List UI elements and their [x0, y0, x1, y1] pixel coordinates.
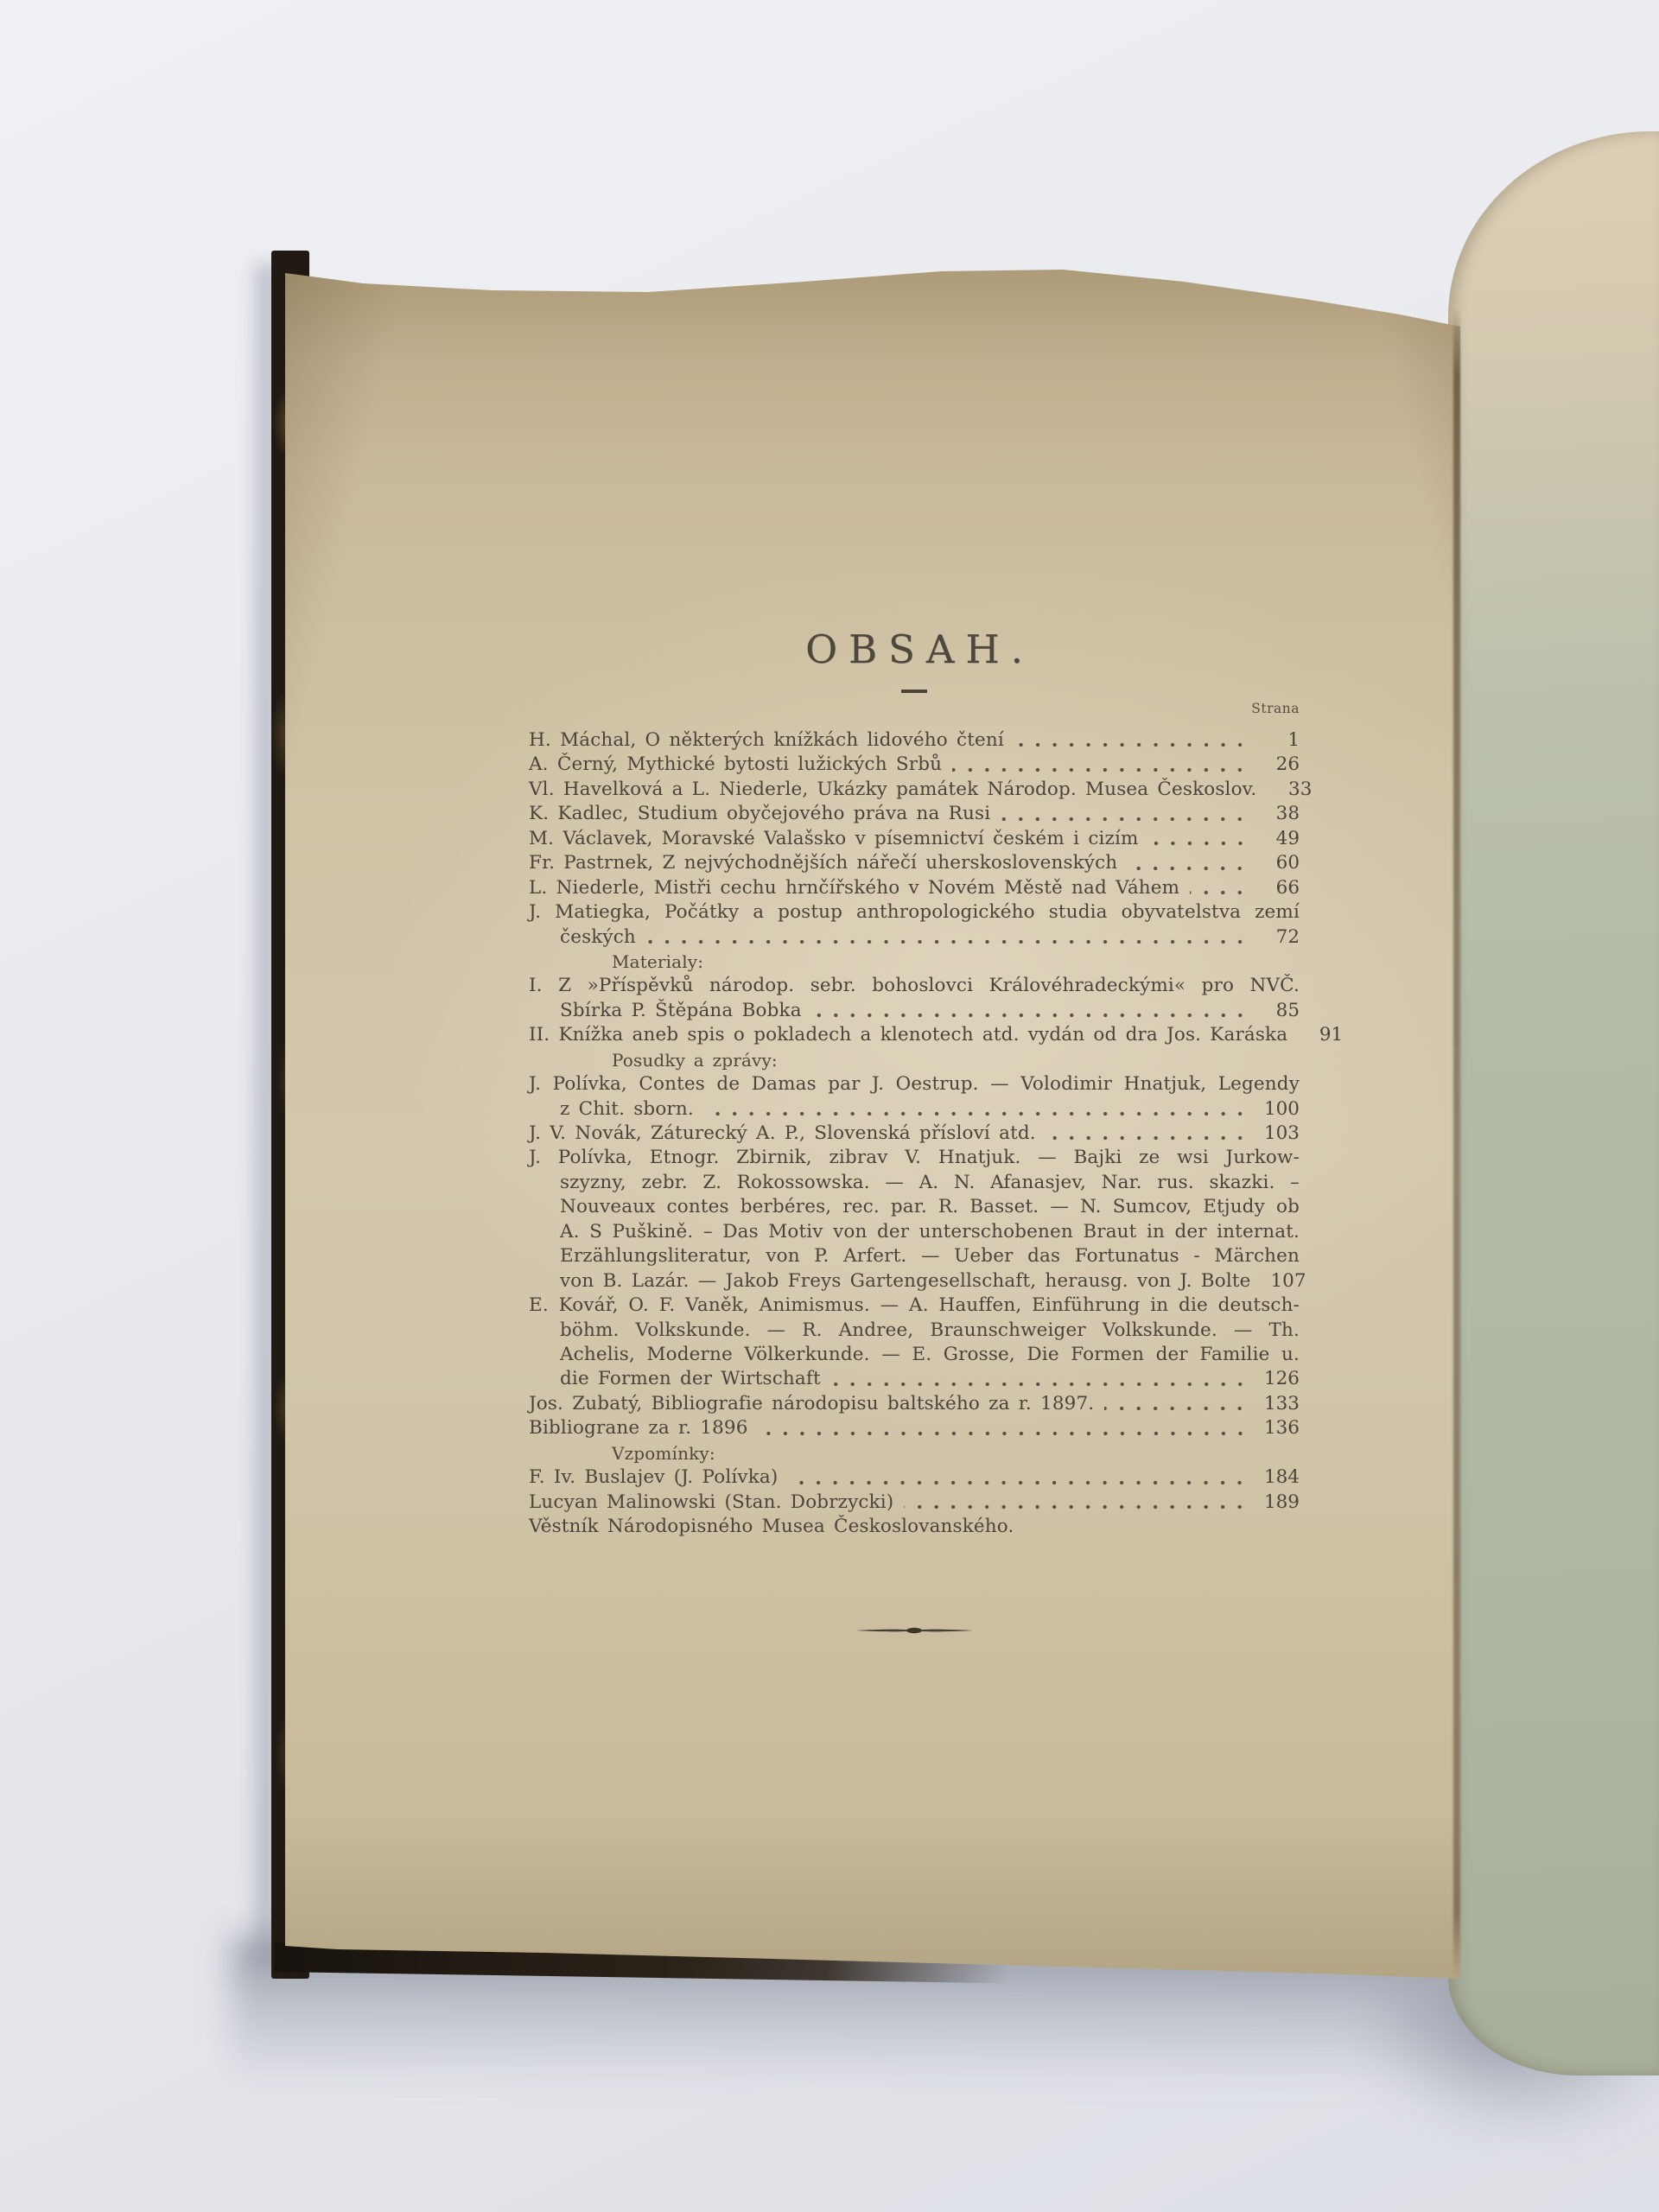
- toc-row: H. Máchal, O některých knížkách lidového…: [529, 728, 1300, 753]
- toc-content: OBSAH. Strana H. Máchal, O některých kní…: [529, 629, 1300, 1636]
- toc-row: J. Polívka, Contes de Damas par J. Oestr…: [529, 1072, 1300, 1096]
- toc-page-number: 1: [1262, 728, 1300, 753]
- toc-entry-text: Posudky a zprávy:: [612, 1050, 778, 1071]
- toc-entry-text: Nouveaux contes berbéres, rec. par. R. B…: [560, 1196, 1300, 1217]
- toc-page-number: 85: [1262, 999, 1300, 1023]
- toc-entry-text: E. Kovář, O. F. Vaněk, Animismus. — A. H…: [529, 1294, 1300, 1316]
- toc-page-number: 100: [1262, 1097, 1300, 1122]
- toc-row: Vl. Havelková a L. Niederle, Ukázky pamá…: [529, 778, 1300, 802]
- toc-row: K. Kadlec, Studium obyčejového práva na …: [529, 802, 1300, 826]
- toc-page-number: 133: [1262, 1392, 1300, 1416]
- dot-leader: [904, 1503, 1255, 1510]
- toc-entry-text: J. Polívka, Contes de Damas par J. Oestr…: [529, 1073, 1300, 1095]
- dot-leader: [759, 1430, 1255, 1437]
- toc-row: Erzählungsliteratur, von P. Arfert. — Ue…: [529, 1244, 1300, 1268]
- toc-entry-text: H. Máchal, O některých knížkách lidového…: [529, 728, 1004, 753]
- toc-row: českých72: [529, 925, 1300, 950]
- toc-row: Věstník Národopisného Musea Českoslovans…: [529, 1515, 1300, 1539]
- toc-page-number: 126: [1262, 1367, 1300, 1391]
- toc-list: H. Máchal, O některých knížkách lidového…: [529, 728, 1300, 1539]
- toc-row: L. Niederle, Mistři cechu hrnčířského v …: [529, 876, 1300, 900]
- toc-row: szyzny, zebr. Z. Rokossowska. — A. N. Af…: [529, 1171, 1300, 1195]
- toc-page-number: 107: [1268, 1269, 1306, 1294]
- dot-leader: [1046, 1135, 1255, 1141]
- toc-entry-text: K. Kadlec, Studium obyčejového práva na …: [529, 802, 990, 826]
- toc-entry-text: Materialy:: [612, 951, 703, 972]
- toc-row: F. Iv. Buslajev (J. Polívka)184: [529, 1465, 1300, 1490]
- toc-entry-text: Věstník Národopisného Musea Českoslovans…: [529, 1516, 1014, 1537]
- toc-entry-text: szyzny, zebr. Z. Rokossowska. — A. N. Af…: [560, 1172, 1300, 1193]
- toc-page-number: 60: [1262, 851, 1300, 875]
- toc-row: Achelis, Moderne Völkerkunde. — E. Gross…: [529, 1343, 1300, 1367]
- toc-entry-text: böhm. Volkskunde. — R. Andree, Braunschw…: [560, 1319, 1300, 1341]
- toc-row: Sbírka P. Štěpána Bobka85: [529, 999, 1300, 1023]
- toc-page-number: 33: [1274, 778, 1312, 802]
- toc-section-heading: Materialy:: [529, 950, 1300, 974]
- toc-row: die Formen der Wirtschaft126: [529, 1367, 1300, 1391]
- toc-entry-text: J. V. Novák, Záturecký A. P., Slovenská …: [529, 1122, 1036, 1146]
- dot-leader: [831, 1381, 1255, 1388]
- toc-entry-text: I. Z »Příspěvků národop. sebr. bohoslovc…: [529, 975, 1300, 996]
- toc-entry-text: Bibliograne za r. 1896: [529, 1416, 748, 1440]
- title-rule: [901, 690, 927, 693]
- toc-page-number: 189: [1262, 1491, 1300, 1515]
- toc-entry-text: M. Václavek, Moravské Valašsko v písemni…: [529, 827, 1139, 851]
- toc-row: J. Matiegka, Počátky a postup anthropolo…: [529, 900, 1300, 925]
- toc-entry-text: A. S Puškině. – Das Motiv von der unters…: [560, 1221, 1300, 1243]
- toc-entry-text: Achelis, Moderne Völkerkunde. — E. Gross…: [560, 1344, 1300, 1365]
- toc-entry-text: II. Knížka aneb spis o pokladech a kleno…: [529, 1023, 1287, 1047]
- toc-row: Fr. Pastrnek, Z nejvýchodnějších nářečí …: [529, 851, 1300, 875]
- toc-page-number: 72: [1262, 925, 1300, 950]
- toc-page-number: 38: [1262, 802, 1300, 826]
- toc-page-number: 66: [1262, 876, 1300, 900]
- toc-entry-text: Vzpomínky:: [612, 1443, 715, 1464]
- toc-row: Jos. Zubatý, Bibliografie národopisu bal…: [529, 1392, 1300, 1416]
- toc-section-heading: Posudky a zprávy:: [529, 1048, 1300, 1072]
- toc-entry-text: A. Černý, Mythické bytosti lužických Srb…: [529, 753, 942, 777]
- toc-entry-text: z Chit. sborn.: [560, 1097, 694, 1122]
- toc-entry-text: F. Iv. Buslajev (J. Polívka): [529, 1465, 778, 1490]
- toc-entry-text: Vl. Havelková a L. Niederle, Ukázky pamá…: [529, 778, 1256, 802]
- toc-entry-text: Lucyan Malinowski (Stan. Dobrzycki): [529, 1491, 893, 1515]
- dot-leader: [952, 766, 1255, 773]
- toc-row: A. S Puškině. – Das Motiv von der unters…: [529, 1220, 1300, 1244]
- toc-row: J. Polívka, Etnogr. Zbirnik, zibrav V. H…: [529, 1146, 1300, 1170]
- toc-row: M. Václavek, Moravské Valašsko v písemni…: [529, 827, 1300, 851]
- toc-entry-text: Fr. Pastrnek, Z nejvýchodnějších nářečí …: [529, 851, 1117, 875]
- book-photo: OBSAH. Strana H. Máchal, O některých kní…: [0, 0, 1659, 2212]
- toc-row: J. V. Novák, Záturecký A. P., Slovenská …: [529, 1122, 1300, 1146]
- toc-row: II. Knížka aneb spis o pokladech a kleno…: [529, 1023, 1300, 1047]
- dot-leader: [1001, 816, 1255, 823]
- dot-leader: [1014, 741, 1255, 748]
- page-stack-right: [1448, 131, 1659, 2075]
- toc-page-number: 103: [1262, 1122, 1300, 1146]
- toc-entry-text: die Formen der Wirtschaft: [560, 1367, 821, 1391]
- dot-leader: [1128, 865, 1255, 872]
- toc-entry-text: von B. Lazár. — Jakob Freys Gartengesell…: [560, 1269, 1251, 1294]
- toc-row: Nouveaux contes berbéres, rec. par. R. B…: [529, 1195, 1300, 1219]
- toc-section-heading: Vzpomínky:: [529, 1441, 1300, 1465]
- dot-leader: [788, 1479, 1255, 1486]
- dot-leader: [1149, 840, 1255, 847]
- toc-row: A. Černý, Mythické bytosti lužických Srb…: [529, 753, 1300, 777]
- page-column-header: Strana: [529, 701, 1300, 716]
- toc-page-number: 49: [1262, 827, 1300, 851]
- toc-entry-text: českých: [560, 925, 636, 950]
- toc-entry-text: J. Polívka, Etnogr. Zbirnik, zibrav V. H…: [529, 1147, 1300, 1168]
- toc-entry-text: L. Niederle, Mistři cechu hrnčířského v …: [529, 876, 1179, 900]
- toc-page-number: 26: [1262, 753, 1300, 777]
- toc-row: von B. Lazár. — Jakob Freys Gartengesell…: [529, 1269, 1300, 1294]
- toc-row: z Chit. sborn.100: [529, 1097, 1300, 1122]
- toc-entry-text: Erzählungsliteratur, von P. Arfert. — Ue…: [560, 1245, 1300, 1267]
- dot-leader: [812, 1012, 1255, 1019]
- tailpiece-ornament: [854, 1625, 975, 1636]
- toc-entry-text: Jos. Zubatý, Bibliografie národopisu bal…: [529, 1392, 1094, 1416]
- toc-row: Lucyan Malinowski (Stan. Dobrzycki)189: [529, 1491, 1300, 1515]
- dot-leader: [1104, 1405, 1255, 1412]
- toc-page-number: 136: [1262, 1416, 1300, 1440]
- page-title: OBSAH.: [529, 629, 1300, 671]
- toc-row: Bibliograne za r. 1896136: [529, 1416, 1300, 1440]
- toc-page-number: 91: [1305, 1023, 1343, 1047]
- dot-leader: [646, 938, 1255, 945]
- page-crease: [1453, 308, 1460, 1980]
- toc-row: böhm. Volkskunde. — R. Andree, Braunschw…: [529, 1319, 1300, 1343]
- toc-row: E. Kovář, O. F. Vaněk, Animismus. — A. H…: [529, 1294, 1300, 1318]
- toc-entry-text: J. Matiegka, Počátky a postup anthropolo…: [529, 901, 1300, 923]
- toc-row: I. Z »Příspěvků národop. sebr. bohoslovc…: [529, 974, 1300, 998]
- dot-leader: [1190, 889, 1255, 896]
- toc-page-number: 184: [1262, 1465, 1300, 1490]
- toc-entry-text: Sbírka P. Štěpána Bobka: [560, 999, 802, 1023]
- dot-leader: [704, 1110, 1255, 1117]
